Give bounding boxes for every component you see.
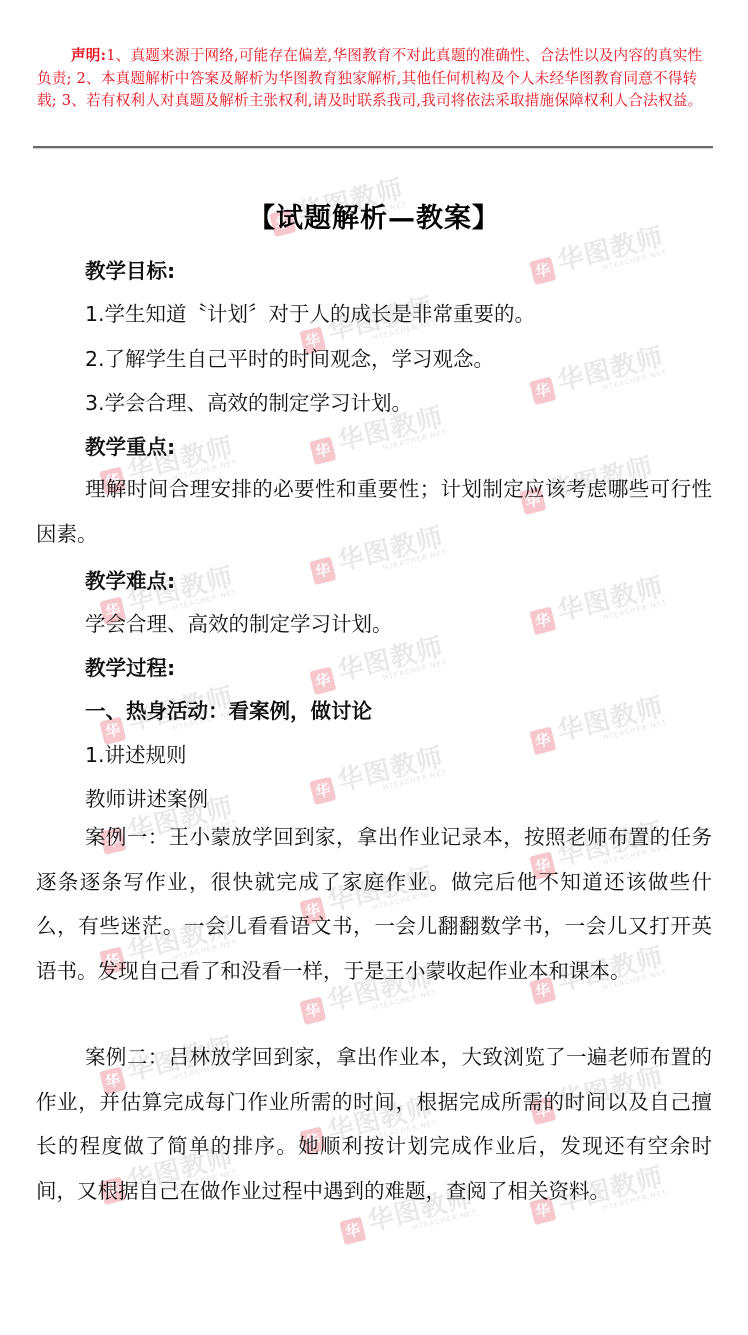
goal-item-2: 2.了解学生自己平时的时间观念，学习观念。	[85, 345, 494, 373]
watermark-url: HTEACHER.NET	[341, 659, 448, 692]
difficulty-heading: 教学难点:	[85, 567, 175, 595]
watermark-brand: 华图教师	[335, 744, 446, 795]
difficulty-text: 学会合理、高效的制定学习计划。	[85, 610, 393, 638]
watermark-brand: 华图教师	[335, 634, 446, 685]
activity-heading: 一、热身活动：看案例，做讨论	[85, 697, 372, 725]
watermark-logo-icon: 华	[299, 996, 326, 1025]
key-text: 理解时间合理安排的必要性和重要性；计划制定应该考虑哪些可行性因素。	[36, 467, 712, 556]
page-title: 【试题解析—教案】	[0, 196, 748, 235]
watermark: 华华图教师HTEACHER.NET	[528, 344, 668, 409]
goals-heading: 教学目标:	[85, 257, 175, 285]
watermark-logo-icon: 华	[529, 726, 556, 755]
watermark: 华华图教师HTEACHER.NET	[308, 634, 448, 699]
watermark-url: HTEACHER.NET	[371, 1209, 478, 1242]
disclaimer-text: 1、真题来源于网络,可能存在偏差,华图教育不对此真题的准确性、合法性以及内容的真…	[37, 47, 702, 109]
watermark: 华华图教师HTEACHER.NET	[528, 694, 668, 759]
disclaimer: 声明:1、真题来源于网络,可能存在偏差,华图教育不对此真题的准确性、合法性以及内…	[37, 45, 713, 113]
step-1: 1.讲述规则	[85, 741, 187, 769]
goal-item-1: 1.学生知道〝计划〞对于人的成长是非常重要的。	[85, 300, 535, 328]
teacher-intro: 教师讲述案例	[85, 785, 208, 813]
watermark-brand: 华图教师	[555, 344, 666, 395]
watermark-url: HTEACHER.NET	[561, 369, 668, 402]
header-divider	[33, 146, 713, 148]
key-heading: 教学重点:	[85, 433, 175, 461]
watermark-url: HTEACHER.NET	[341, 429, 448, 462]
goal-item-3: 3.学会合理、高效的制定学习计划。	[85, 389, 412, 417]
watermark-url: HTEACHER.NET	[561, 599, 668, 632]
watermark: 华华图教师HTEACHER.NET	[308, 744, 448, 809]
watermark-logo-icon: 华	[339, 1216, 366, 1245]
watermark-logo-icon: 华	[309, 556, 336, 585]
watermark-url: HTEACHER.NET	[561, 719, 668, 752]
watermark-logo-icon: 华	[529, 606, 556, 635]
watermark-url: HTEACHER.NET	[561, 249, 668, 282]
watermark-logo-icon: 华	[309, 436, 336, 465]
watermark-logo-icon: 华	[309, 776, 336, 805]
watermark-logo-icon: 华	[309, 666, 336, 695]
watermark: 华华图教师HTEACHER.NET	[528, 574, 668, 639]
process-heading: 教学过程:	[85, 654, 175, 682]
watermark-logo-icon: 华	[529, 256, 556, 285]
case-2: 案例二：吕林放学回到家，拿出作业本，大致浏览了一遍老师布置的作业，并估算完成每门…	[36, 1035, 712, 1213]
watermark-url: HTEACHER.NET	[341, 769, 448, 802]
watermark-url: HTEACHER.NET	[331, 989, 438, 1022]
case-1: 案例一：王小蒙放学回到家，拿出作业记录本，按照老师布置的任务逐条逐条写作业，很快…	[36, 815, 712, 993]
watermark-brand: 华图教师	[555, 574, 666, 625]
watermark-brand: 华图教师	[555, 694, 666, 745]
disclaimer-lead: 声明:	[71, 47, 106, 64]
watermark-logo-icon: 华	[529, 376, 556, 405]
